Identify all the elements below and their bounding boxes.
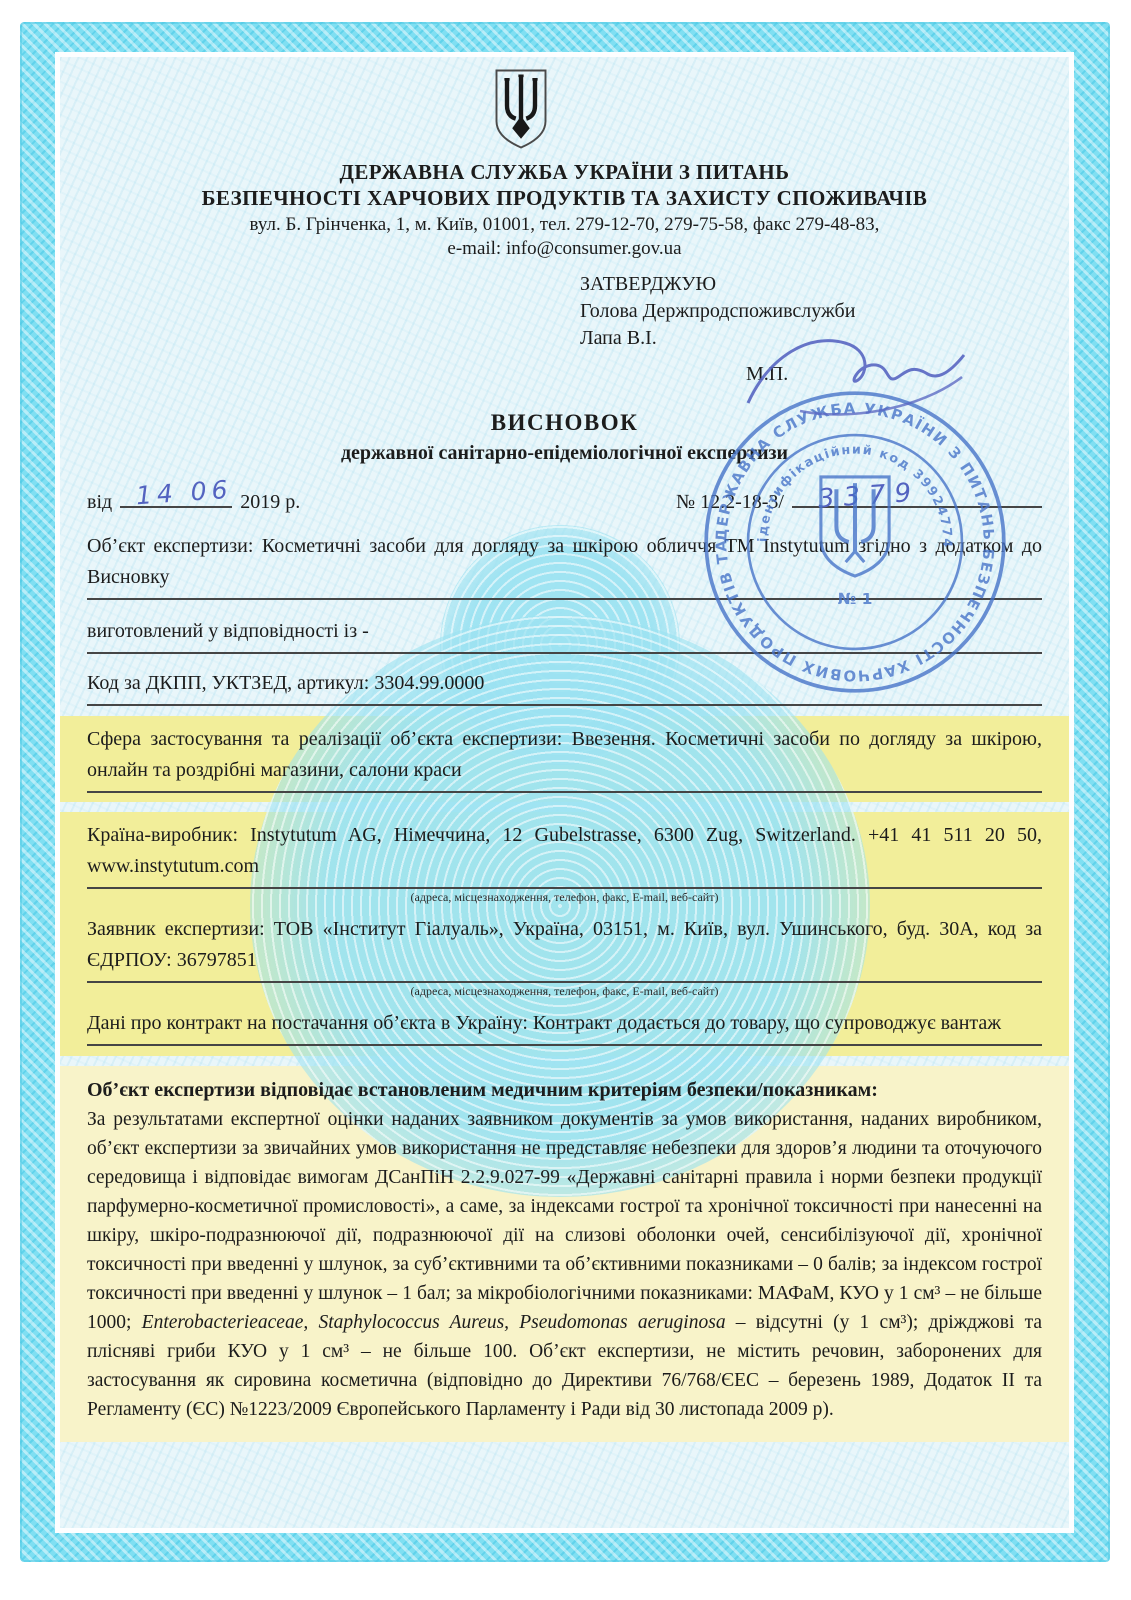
signature-scribble xyxy=(740,325,970,435)
conclusion-band: Об’єкт експертизи відповідає встановлени… xyxy=(60,1066,1069,1442)
highlight-band-scope: Сфера застосування та реалізації об’єкта… xyxy=(60,716,1069,802)
certificate-content: ДЕРЖАВНА СЛУЖБА УКРАЇНИ З ПИТАНЬ БЕЗПЕЧН… xyxy=(60,57,1069,1528)
address-caption-manufacturer: (адреса, місцезнаходження, телефон, факс… xyxy=(87,890,1042,905)
highlight-band-parties: Країна-виробник: Instytutum AG, Німеччин… xyxy=(60,812,1069,1056)
date-prefix: від xyxy=(87,487,112,517)
conclusion-body: За результатами експертної оцінки надани… xyxy=(87,1105,1042,1424)
date-group: від 14 06 2019 р. xyxy=(87,484,300,517)
stamp-center-mark: № 1 xyxy=(838,590,873,608)
address-caption-applicant: (адреса, місцезнаходження, телефон, факс… xyxy=(87,984,1042,999)
date-suffix: 2019 р. xyxy=(240,487,300,517)
decorative-guilloche-border: ДЕРЖАВНА СЛУЖБА УКРАЇНИ З ПИТАНЬ БЕЗПЕЧН… xyxy=(20,22,1110,1562)
field-applicant: Заявник експертизи: ТОВ «Інститут Гіалуа… xyxy=(87,914,1042,983)
org-email: e-mail: info@consumer.gov.ua xyxy=(87,237,1042,261)
handwritten-date: 14 06 xyxy=(135,475,233,512)
approver-title: Голова Держпродспоживслужби xyxy=(580,298,1042,325)
org-address: вул. Б. Грінченка, 1, м. Київ, 01001, те… xyxy=(87,213,1042,237)
approval-label: ЗАТВЕРДЖУЮ xyxy=(580,271,1042,298)
scanned-certificate-page: ДЕРЖАВНА СЛУЖБА УКРАЇНИ З ПИТАНЬ БЕЗПЕЧН… xyxy=(0,0,1131,1600)
field-manufacturer: Країна-виробник: Instytutum AG, Німеччин… xyxy=(87,820,1042,889)
date-blank-line: 14 06 xyxy=(120,484,232,508)
conclusion-heading: Об’єкт експертизи відповідає встановлени… xyxy=(87,1075,1042,1105)
field-scope-of-use: Сфера застосування та реалізації об’єкта… xyxy=(87,724,1042,793)
border-inner-gap: ДЕРЖАВНА СЛУЖБА УКРАЇНИ З ПИТАНЬ БЕЗПЕЧН… xyxy=(55,52,1074,1533)
org-name-line2: БЕЗПЕЧНОСТІ ХАРЧОВИХ ПРОДУКТІВ ТА ЗАХИСТ… xyxy=(87,185,1042,211)
stamp-tryzub-icon xyxy=(821,477,889,576)
field-object-label: Об’єкт експертизи: xyxy=(87,535,253,557)
tryzub-emblem-icon xyxy=(486,65,556,153)
field-contract-info: Дані про контракт на постачання об’єкта … xyxy=(87,1008,1042,1046)
org-name-line1: ДЕРЖАВНА СЛУЖБА УКРАЇНИ З ПИТАНЬ xyxy=(87,159,1042,185)
